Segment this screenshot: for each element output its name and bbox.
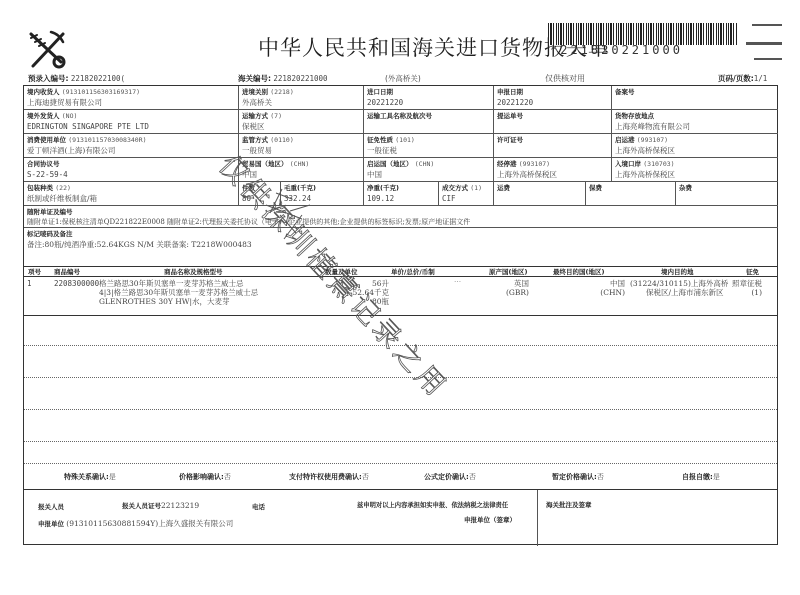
hs-code: 2208300000 [54, 279, 99, 288]
confirm-provisional-price: 暂定价格确认:否 [552, 472, 604, 482]
origin-line: 英国 [514, 279, 529, 288]
confirm-self-declare: 自报自缴:是 [682, 472, 720, 482]
field-documents: 随附单证及编号随附单证1:保税核注清单QD221822E0008 随附单证2:代… [24, 206, 778, 228]
price: ··· [454, 277, 461, 286]
destination-line: (CHN) [600, 288, 625, 297]
col-hs-code: 商品编号 [54, 267, 80, 277]
field-gross-weight: 毛重(千克)332.24 [281, 182, 364, 206]
col-goods-name: 商品名称及规格型号 [164, 267, 223, 277]
field-pieces: 件数80 [239, 182, 281, 206]
quantity-line: 56升 [372, 279, 389, 288]
confirm-formula-price: 公式定价确认:否 [424, 472, 476, 482]
levy-line: (1) [751, 288, 762, 297]
customs-number: 海关编号: 221820221000 [238, 73, 328, 84]
domestic-dest-line: (31224/310115)上海外高桥 [630, 279, 728, 288]
col-quantity: 数量及单位 [325, 267, 358, 277]
col-price: 单价/总价/币制 [391, 267, 435, 277]
field-consignee: 境内收货人 (913101156303169317)上海迪捷贸易有限公司 [24, 86, 239, 110]
destination-line: 中国 [610, 279, 625, 288]
confirm-price-impact: 价格影响确认:否 [179, 472, 231, 482]
table-row-empty [24, 378, 777, 410]
table-row: 1 2208300000 格兰路思30年斯贝塞单一麦芽苏格兰威士忌 4|3|格兰… [24, 277, 777, 316]
footer-divider [537, 490, 538, 546]
domestic-dest-line: 保税区/上海市浦东新区 [646, 288, 724, 297]
field-consumer-unit: 消费使用单位 (91310115703008340R)爱丁顿洋酒(上海)有限公司 [24, 134, 239, 158]
goods-name-line: 4|3|格兰路思30年斯贝塞单一麦芽苏格兰威士忌 [99, 288, 258, 297]
field-deal-mode: 成交方式 (1)CIF [439, 182, 494, 206]
field-insurance: 保费 [586, 182, 676, 206]
field-net-weight: 净重(千克)109.12 [364, 182, 439, 206]
quantity-line: 52.64千克 [353, 288, 389, 297]
barcode-text: *221820221000 [550, 43, 683, 57]
field-trade-country: 贸易国（地区） (CHN)中国 [239, 158, 364, 182]
field-freight: 运费 [494, 182, 586, 206]
declare-unit-sign: 申报单位（签章） [464, 515, 516, 524]
footer-section: 报关人员 报关人员证号22123219 电话 兹申明对以上内容承担如实申报、依法… [24, 490, 777, 546]
field-contract-no: 合同协议号S-22-59-4 [24, 158, 239, 182]
quantity-line: 80瓶 [372, 297, 389, 306]
field-marks: 标记唛码及备注备注:80瓶/纯酒净重:52.64KGS N/M 关联备案: T2… [24, 228, 778, 266]
field-transit-port: 经停港 (993107)上海外高桥保税区 [494, 158, 612, 182]
declarant-label: 报关人员 [38, 502, 64, 511]
field-supervision-mode: 监管方式 (0110)一般贸易 [239, 134, 364, 158]
field-package-type: 包装种类 (22)纸制或纤维板制盒/箱 [24, 182, 239, 206]
col-origin: 原产国(地区) [489, 267, 527, 277]
field-declare-date: 申报日期20221220 [494, 86, 612, 110]
origin-line: (GBR) [506, 288, 529, 297]
table-row-empty [24, 316, 777, 346]
customs-emblem-icon [25, 28, 69, 70]
declaration-form: 境内收货人 (913101156303169317)上海迪捷贸易有限公司 进境关… [23, 85, 778, 545]
field-record-no: 备案号 [612, 86, 778, 110]
customs-office: (外高桥关) [385, 73, 421, 84]
field-origin-country: 启运国（地区） (CHN)中国 [364, 158, 494, 182]
corner-mark [752, 24, 782, 26]
page-count: 页码/页数:1/1 [718, 73, 767, 84]
field-consignor: 境外发货人 (NO)EDRINGTON SINGAPORE PTE LTD [24, 110, 239, 134]
field-license-no: 许可证号 [494, 134, 612, 158]
field-entry-port: 进境关别 (2218)外高桥关 [239, 86, 364, 110]
col-levy: 征免 [746, 267, 759, 277]
field-misc-fee: 杂费 [676, 182, 778, 206]
field-levy-nature: 征免性质 (101)一般征税 [364, 134, 494, 158]
confirm-royalty: 支付特许权使用费确认:否 [289, 472, 369, 482]
declare-unit: 申报单位 (91310115630881594Y)上海久盛报关有限公司 [38, 518, 233, 529]
col-destination: 最终目的国(地区) [553, 267, 604, 277]
verify-only-label: 仅供核对用 [545, 73, 585, 84]
field-transport-name: 运输工具名称及航次号 [364, 110, 494, 134]
field-import-date: 进口日期20221220 [364, 86, 494, 110]
field-entry-point: 入境口岸 (310703)上海外高桥保税区 [612, 158, 778, 182]
col-item-no: 项号 [28, 267, 41, 277]
field-transport-mode: 运输方式 (7)保税区 [239, 110, 364, 134]
table-row-empty [24, 410, 777, 442]
field-storage-place: 货物存放地点上海亮峰物流有限公司 [612, 110, 778, 134]
goods-name-line: GLENROTHES 30Y HW|水，大麦芽 [99, 297, 230, 306]
goods-table-header: 项号 商品编号 商品名称及规格型号 数量及单位 单价/总价/币制 原产国(地区)… [24, 266, 777, 277]
confirmations-row: 特殊关系确认:是 价格影响确认:否 支付特许权使用费确认:否 公式定价确认:否 … [24, 463, 777, 490]
barcode [548, 23, 738, 45]
goods-name-line: 格兰路思30年斯贝塞单一麦芽苏格兰威士忌 [99, 279, 244, 288]
table-row-empty [24, 346, 777, 378]
pre-entry-number: 预录入编号: 22182022100( [28, 73, 125, 84]
field-bill-no: 提运单号 [494, 110, 612, 134]
corner-mark [746, 42, 782, 45]
col-domestic-dest: 境内目的地 [661, 267, 694, 277]
corner-mark [754, 58, 782, 60]
phone-label: 电话 [252, 502, 265, 511]
declarant-cert: 报关人员证号22123219 [122, 501, 199, 510]
statement-text: 兹申明对以上内容承担如实申报、依法纳税之法律责任 [357, 500, 508, 509]
confirm-special-relation: 特殊关系确认:是 [64, 472, 116, 482]
field-departure-port: 启运港 (993107)上海外高桥保税区 [612, 134, 778, 158]
levy-line: 照章征税 [732, 279, 762, 288]
customs-approval-label: 海关批注及签章 [546, 500, 592, 509]
item-no: 1 [27, 279, 32, 288]
